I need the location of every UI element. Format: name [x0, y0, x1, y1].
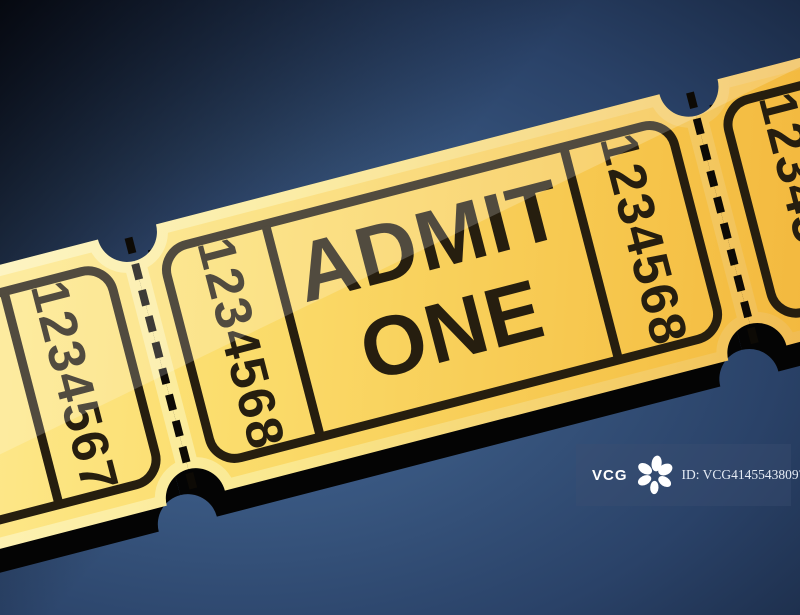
watermark-badge: VCG ID: VCG41455438097	[576, 444, 791, 506]
background: 1234567 1234568 1234568 1234568 ADMIT ON…	[0, 0, 800, 615]
watermark-brand: VCG	[592, 467, 628, 484]
vcg-shutter-logo-icon	[635, 453, 675, 497]
ticket-strip: 1234567 1234568 1234568 1234568 ADMIT ON…	[0, 0, 800, 601]
watermark-id: ID: VCG41455438097	[682, 467, 800, 483]
ticket-strip-illustration: 1234567 1234568 1234568 1234568 ADMIT ON…	[0, 0, 800, 615]
